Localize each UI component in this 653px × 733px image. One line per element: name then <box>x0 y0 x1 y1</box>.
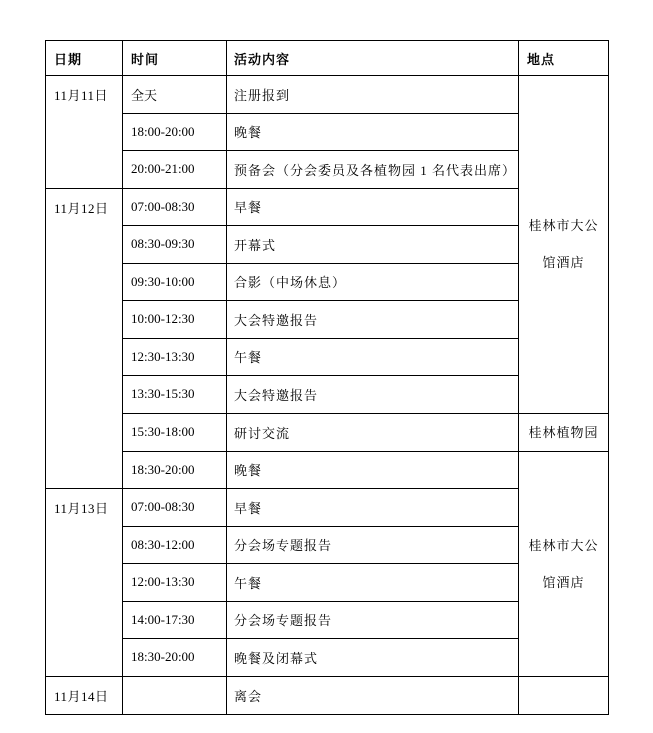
table-row: 11月14日离会 <box>46 676 609 715</box>
activity-cell: 大会特邀报告 <box>227 376 519 414</box>
table-row: 11月11日全天注册报到桂林市大公馆酒店 <box>46 76 609 114</box>
activity-cell: 晚餐 <box>227 451 519 489</box>
activity-cell: 预备会（分会委员及各植物园 1 名代表出席） <box>227 151 519 189</box>
date-label: 11月14日 <box>46 677 122 715</box>
header-time: 时间 <box>123 41 227 76</box>
time-cell: 18:30-20:00 <box>123 639 227 677</box>
location-cell: 桂林市大公馆酒店 <box>519 451 609 676</box>
time-cell: 18:00-20:00 <box>123 113 227 151</box>
table-row: 15:30-18:00研讨交流桂林植物园 <box>46 413 609 451</box>
time-cell <box>123 676 227 715</box>
date-cell: 11月11日 <box>46 76 123 189</box>
date-cell: 11月13日 <box>46 489 123 677</box>
time-cell: 15:30-18:00 <box>123 413 227 451</box>
time-cell: 18:30-20:00 <box>123 451 227 489</box>
date-label: 11月11日 <box>46 76 122 114</box>
location-line: 桂林植物园 <box>519 414 608 451</box>
activity-cell: 离会 <box>227 676 519 715</box>
time-cell: 08:30-12:00 <box>123 526 227 564</box>
time-cell: 20:00-21:00 <box>123 151 227 189</box>
date-label: 11月13日 <box>46 489 122 527</box>
location-line: 馆酒店 <box>519 564 608 601</box>
date-cell: 11月12日 <box>46 188 123 489</box>
schedule-table: 日期 时间 活动内容 地点 11月11日全天注册报到桂林市大公馆酒店18:00-… <box>45 40 609 715</box>
activity-cell: 注册报到 <box>227 76 519 114</box>
activity-cell: 午餐 <box>227 338 519 376</box>
activity-cell: 合影（中场休息） <box>227 263 519 301</box>
time-cell: 12:30-13:30 <box>123 338 227 376</box>
activity-cell: 晚餐及闭幕式 <box>227 639 519 677</box>
time-cell: 14:00-17:30 <box>123 601 227 639</box>
time-cell: 13:30-15:30 <box>123 376 227 414</box>
header-row: 日期 时间 活动内容 地点 <box>46 41 609 76</box>
time-cell: 08:30-09:30 <box>123 226 227 264</box>
location-cell: 桂林植物园 <box>519 413 609 451</box>
header-activity: 活动内容 <box>227 41 519 76</box>
activity-cell: 早餐 <box>227 188 519 226</box>
activity-cell: 大会特邀报告 <box>227 301 519 339</box>
activity-cell: 研讨交流 <box>227 413 519 451</box>
location-cell: 桂林市大公馆酒店 <box>519 76 609 414</box>
location-cell <box>519 676 609 715</box>
header-location: 地点 <box>519 41 609 76</box>
activity-cell: 早餐 <box>227 489 519 527</box>
activity-cell: 分会场专题报告 <box>227 526 519 564</box>
document-page: 日期 时间 活动内容 地点 11月11日全天注册报到桂林市大公馆酒店18:00-… <box>0 0 653 733</box>
time-cell: 10:00-12:30 <box>123 301 227 339</box>
location-line: 桂林市大公 <box>519 527 608 564</box>
activity-cell: 午餐 <box>227 564 519 602</box>
activity-cell: 分会场专题报告 <box>227 601 519 639</box>
location-line: 馆酒店 <box>519 244 608 281</box>
table-row: 18:30-20:00晚餐桂林市大公馆酒店 <box>46 451 609 489</box>
date-cell: 11月14日 <box>46 676 123 715</box>
time-cell: 07:00-08:30 <box>123 188 227 226</box>
time-cell: 09:30-10:00 <box>123 263 227 301</box>
time-cell: 07:00-08:30 <box>123 489 227 527</box>
header-date: 日期 <box>46 41 123 76</box>
time-cell: 全天 <box>123 76 227 114</box>
activity-cell: 晚餐 <box>227 113 519 151</box>
activity-cell: 开幕式 <box>227 226 519 264</box>
time-cell: 12:00-13:30 <box>123 564 227 602</box>
date-label: 11月12日 <box>46 189 122 227</box>
location-line: 桂林市大公 <box>519 207 608 244</box>
